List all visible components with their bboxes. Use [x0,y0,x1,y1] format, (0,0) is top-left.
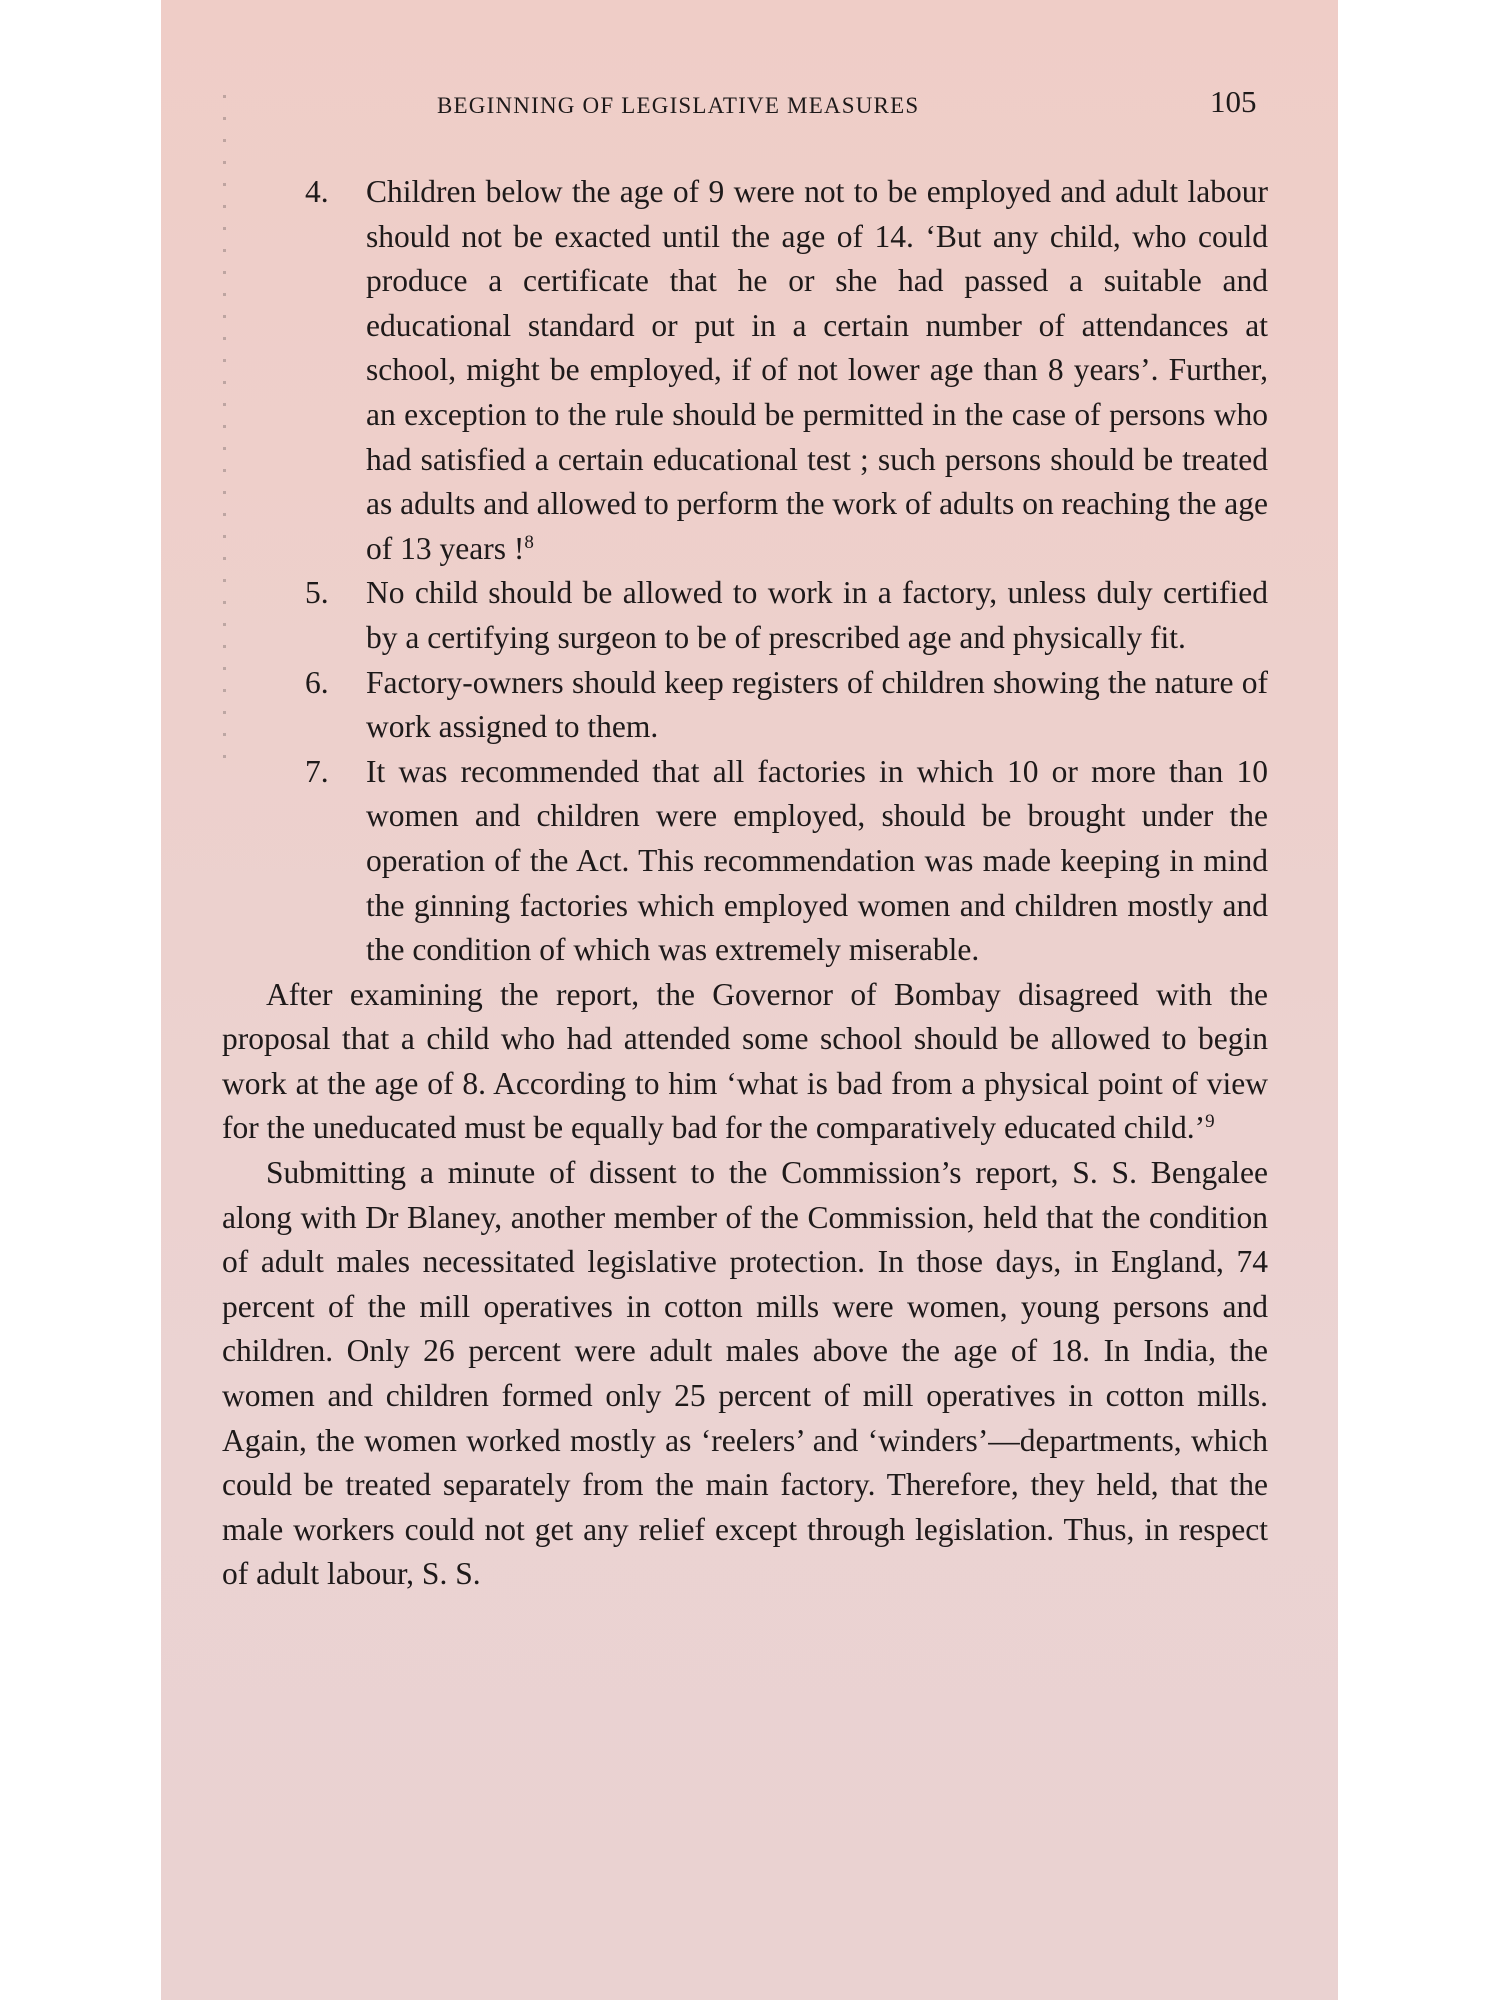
list-item: 4. Children below the age of 9 were not … [222,170,1268,571]
list-item-number: 7. [305,750,329,795]
paragraph-text: Submitting a minute of dissent to the Co… [222,1155,1268,1591]
list-item: 6. Factory-owners should keep registers … [222,661,1268,750]
list-item-number: 4. [305,170,329,215]
list-item-text: Factory-owners should keep registers of … [366,665,1268,745]
paragraph-minute-of-dissent: Submitting a minute of dissent to the Co… [222,1151,1268,1597]
page-body: 4. Children below the age of 9 were not … [222,170,1268,1597]
running-header: BEGINNING OF LEGISLATIVE MEASURES 105 [161,86,1338,126]
list-item: 7. It was recommended that all factories… [222,750,1268,973]
list-item: 5. No child should be allowed to work in… [222,571,1268,660]
page-number: 105 [1210,82,1257,122]
footnote-marker: 9 [1205,1111,1215,1132]
list-item-text: No child should be allowed to work in a … [366,575,1268,655]
list-item-number: 6. [305,661,329,706]
list-item-text: Children below the age of 9 were not to … [366,174,1268,566]
list-item-number: 5. [305,571,329,616]
paragraph-text: After examining the report, the Governor… [222,977,1268,1146]
book-page: BEGINNING OF LEGISLATIVE MEASURES 105 4.… [161,0,1338,2000]
recommendations-list: 4. Children below the age of 9 were not … [222,170,1268,973]
paragraph-governor-dissent: After examining the report, the Governor… [222,973,1268,1151]
footnote-marker: 8 [524,532,534,553]
list-item-text: It was recommended that all factories in… [366,754,1268,967]
running-title: BEGINNING OF LEGISLATIVE MEASURES [437,86,919,126]
